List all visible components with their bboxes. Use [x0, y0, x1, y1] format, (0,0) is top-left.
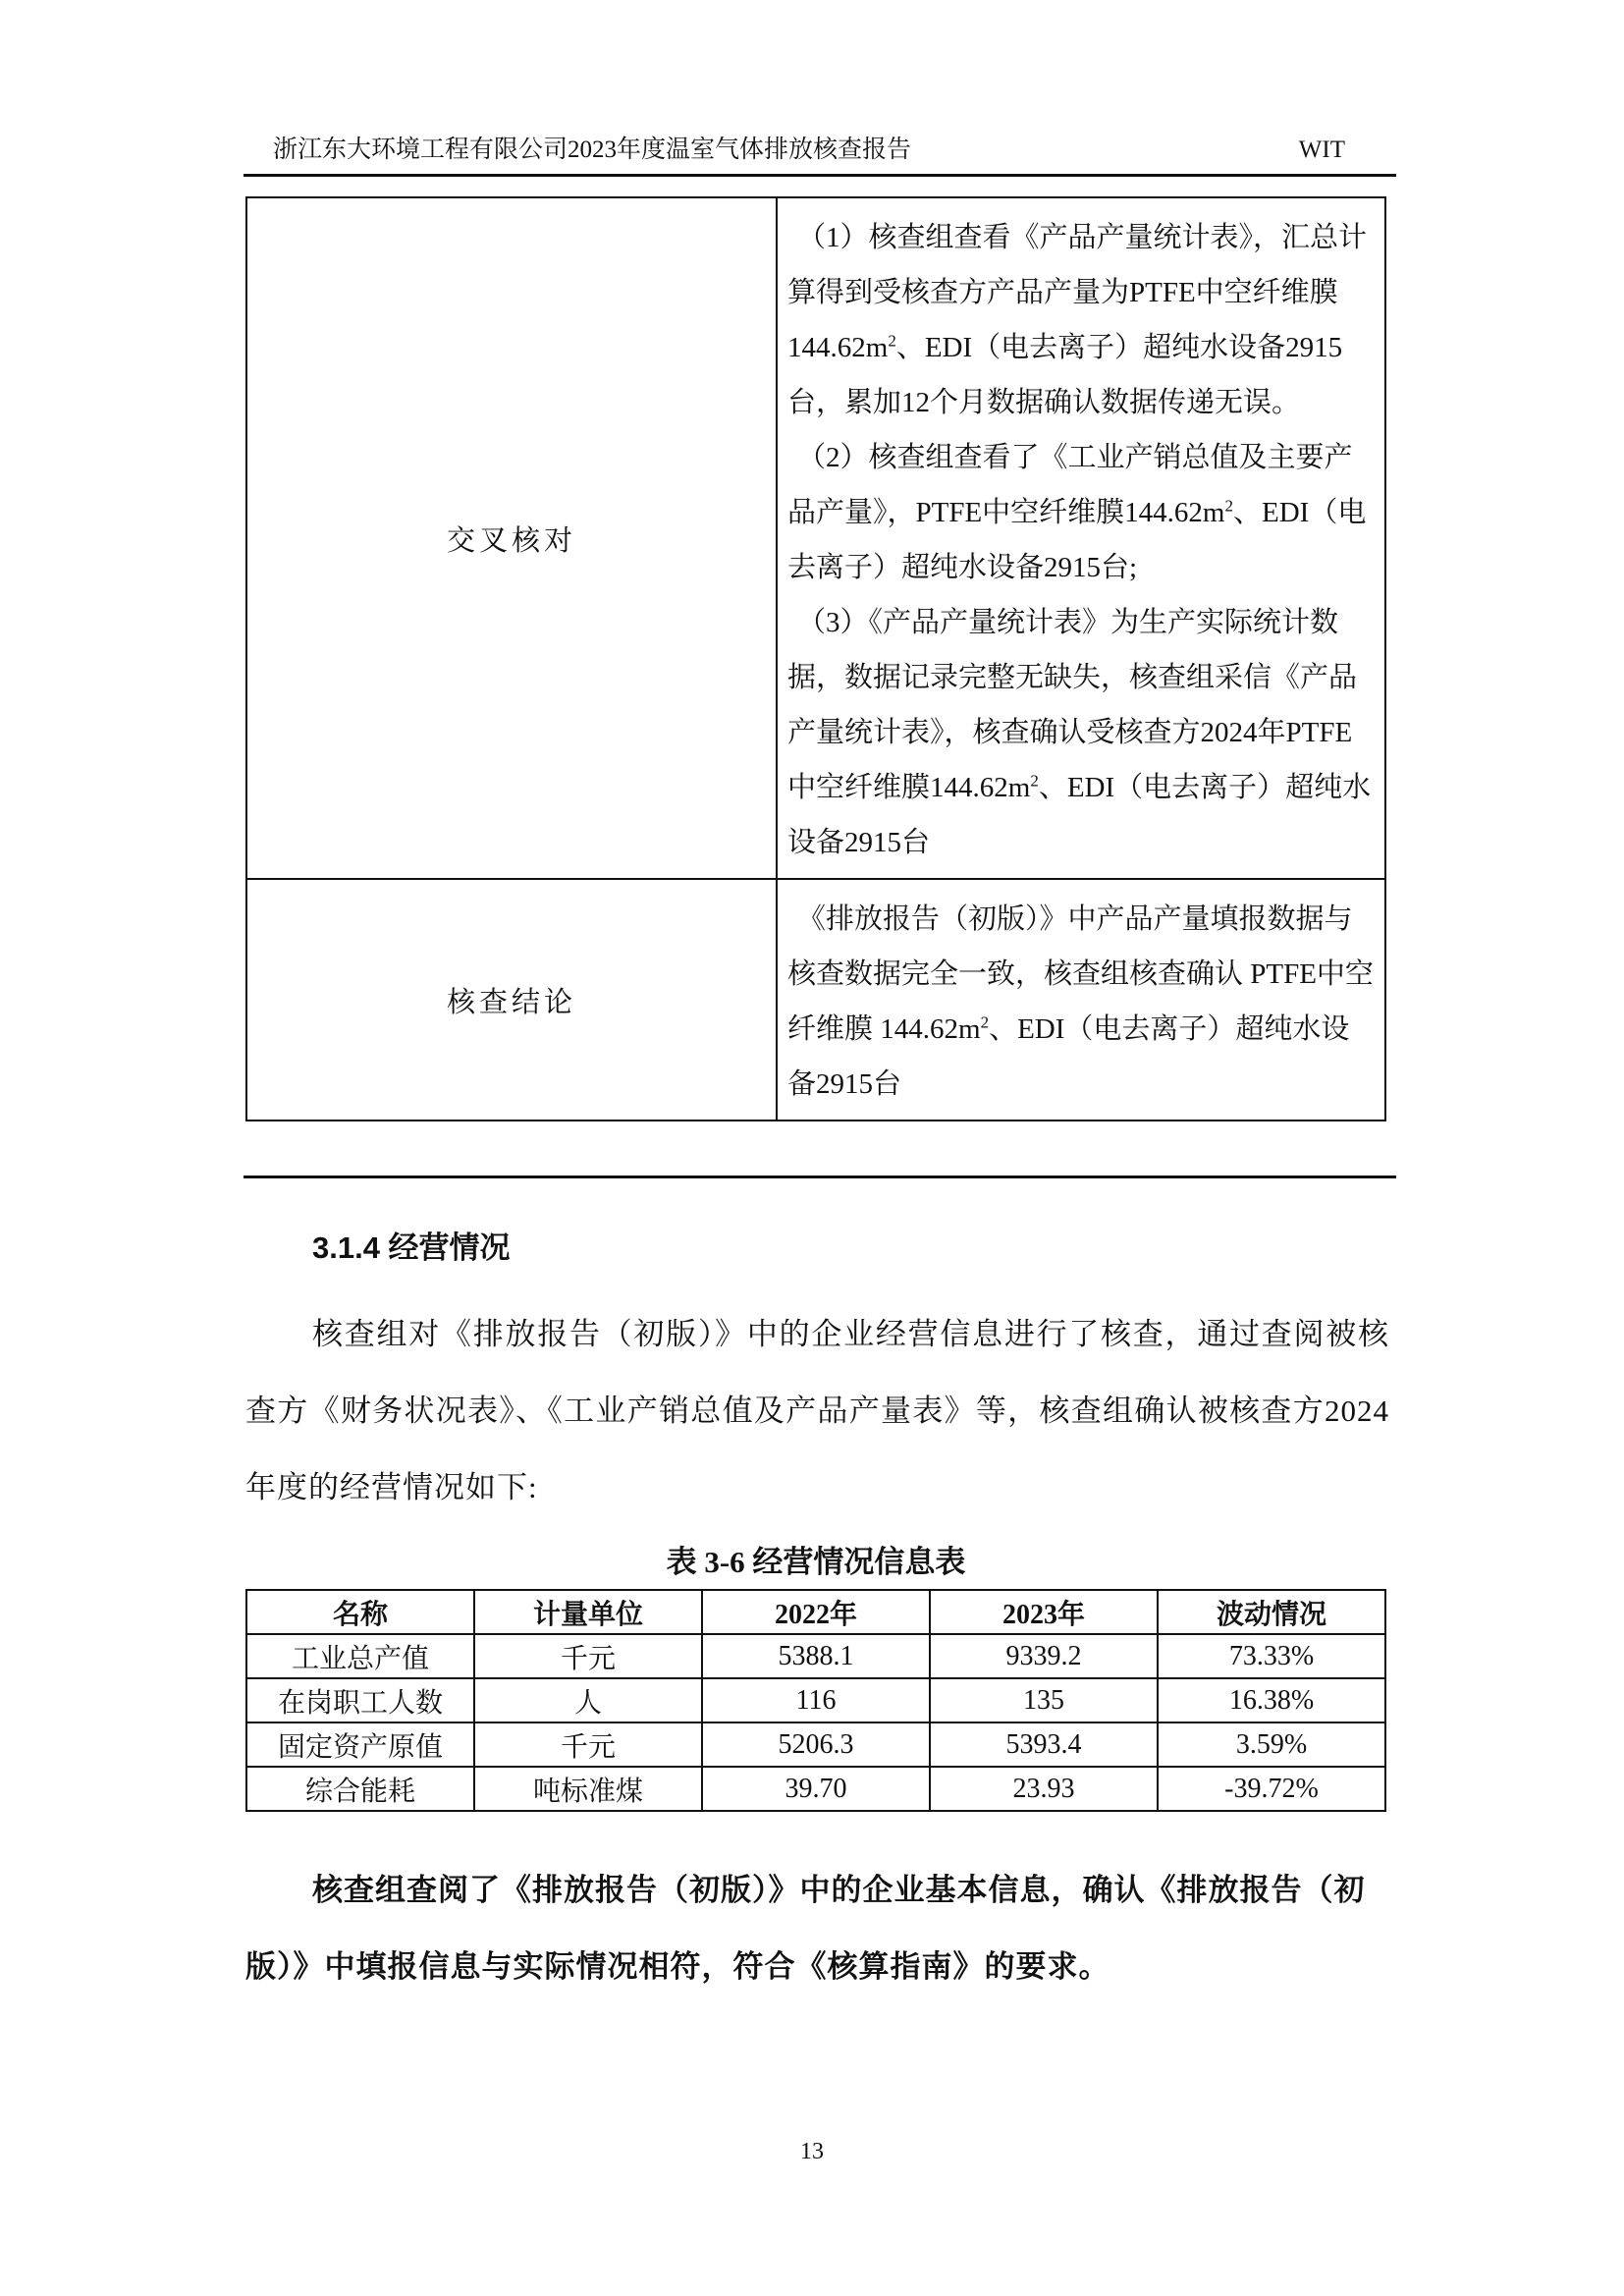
section-divider — [244, 1175, 1396, 1178]
row-content: （1）核查组查看《产品产量统计表》，汇总计算得到受核查方产品产量为PTFE中空纤… — [777, 197, 1385, 879]
paragraph: （3）《产品产量统计表》为生产实际统计数据，数据记录完整无缺失，核查组采信《产品… — [787, 595, 1375, 870]
section-body: 核查组对《排放报告（初版）》中的企业经营信息进行了核查，通过查阅被核查方《财务状… — [245, 1296, 1389, 1526]
cell: 73.33% — [1158, 1634, 1385, 1678]
paragraph: （2）核查组查看了《工业产销总值及主要产品产量》，PTFE中空纤维膜144.62… — [787, 430, 1375, 595]
table-row: 固定资产原值 千元 5206.3 5393.4 3.59% — [246, 1722, 1385, 1767]
paragraph: 《排放报告（初版）》中产品产量填报数据与核查数据完全一致，核查组核查确认 PTF… — [787, 892, 1375, 1112]
conclusion-paragraph: 核查组查阅了《排放报告（初版）》中的企业基本信息，确认《排放报告（初版）》中填报… — [245, 1852, 1389, 2005]
row-label: 交叉核对 — [246, 197, 777, 879]
cell: 116 — [702, 1678, 930, 1722]
header-cell: 2023年 — [930, 1590, 1158, 1634]
cell: 5393.4 — [930, 1722, 1158, 1767]
table-header-row: 名称 计量单位 2022年 2023年 波动情况 — [246, 1590, 1385, 1634]
cell: 人 — [474, 1678, 702, 1722]
cell: 3.59% — [1158, 1722, 1385, 1767]
cell: 在岗职工人数 — [246, 1678, 474, 1722]
row-content: 《排放报告（初版）》中产品产量填报数据与核查数据完全一致，核查组核查确认 PTF… — [777, 879, 1385, 1121]
cell: -39.72% — [1158, 1767, 1385, 1811]
cell: 5388.1 — [702, 1634, 930, 1678]
header-cell: 波动情况 — [1158, 1590, 1385, 1634]
cell: 5206.3 — [702, 1722, 930, 1767]
page-header: 浙江东大环境工程有限公司2023年度温室气体排放核查报告 WIT — [245, 118, 1394, 167]
row-label: 核查结论 — [246, 879, 777, 1121]
table-row: 交叉核对 （1）核查组查看《产品产量统计表》，汇总计算得到受核查方产品产量为PT… — [246, 197, 1385, 879]
operations-info-table: 名称 计量单位 2022年 2023年 波动情况 工业总产值 千元 5388.1… — [245, 1589, 1386, 1812]
cell: 16.38% — [1158, 1678, 1385, 1722]
table-row: 在岗职工人数 人 116 135 16.38% — [246, 1678, 1385, 1722]
cell: 吨标准煤 — [474, 1767, 702, 1811]
cell: 39.70 — [702, 1767, 930, 1811]
cell: 9339.2 — [930, 1634, 1158, 1678]
table-row: 综合能耗 吨标准煤 39.70 23.93 -39.72% — [246, 1767, 1385, 1811]
header-divider — [244, 174, 1396, 177]
paragraph: （1）核查组查看《产品产量统计表》，汇总计算得到受核查方产品产量为PTFE中空纤… — [787, 210, 1375, 430]
header-cell: 计量单位 — [474, 1590, 702, 1634]
header-cell: 2022年 — [702, 1590, 930, 1634]
cell: 23.93 — [930, 1767, 1158, 1811]
report-title: 浙江东大环境工程有限公司2023年度温室气体排放核查报告 — [273, 126, 911, 175]
cell: 工业总产值 — [246, 1634, 474, 1678]
cell: 综合能耗 — [246, 1767, 474, 1811]
section-heading: 3.1.4 经营情况 — [312, 1223, 511, 1267]
verification-table: 交叉核对 （1）核查组查看《产品产量统计表》，汇总计算得到受核查方产品产量为PT… — [245, 196, 1386, 1121]
cell: 135 — [930, 1678, 1158, 1722]
cell: 千元 — [474, 1722, 702, 1767]
table-row: 工业总产值 千元 5388.1 9339.2 73.33% — [246, 1634, 1385, 1678]
table-caption: 表 3-6 经营情况信息表 — [245, 1537, 1386, 1581]
report-code: WIT — [1299, 126, 1345, 175]
page-number: 13 — [0, 2139, 1624, 2165]
table-row: 核查结论 《排放报告（初版）》中产品产量填报数据与核查数据完全一致，核查组核查确… — [246, 879, 1385, 1121]
header-cell: 名称 — [246, 1590, 474, 1634]
cell: 固定资产原值 — [246, 1722, 474, 1767]
cell: 千元 — [474, 1634, 702, 1678]
